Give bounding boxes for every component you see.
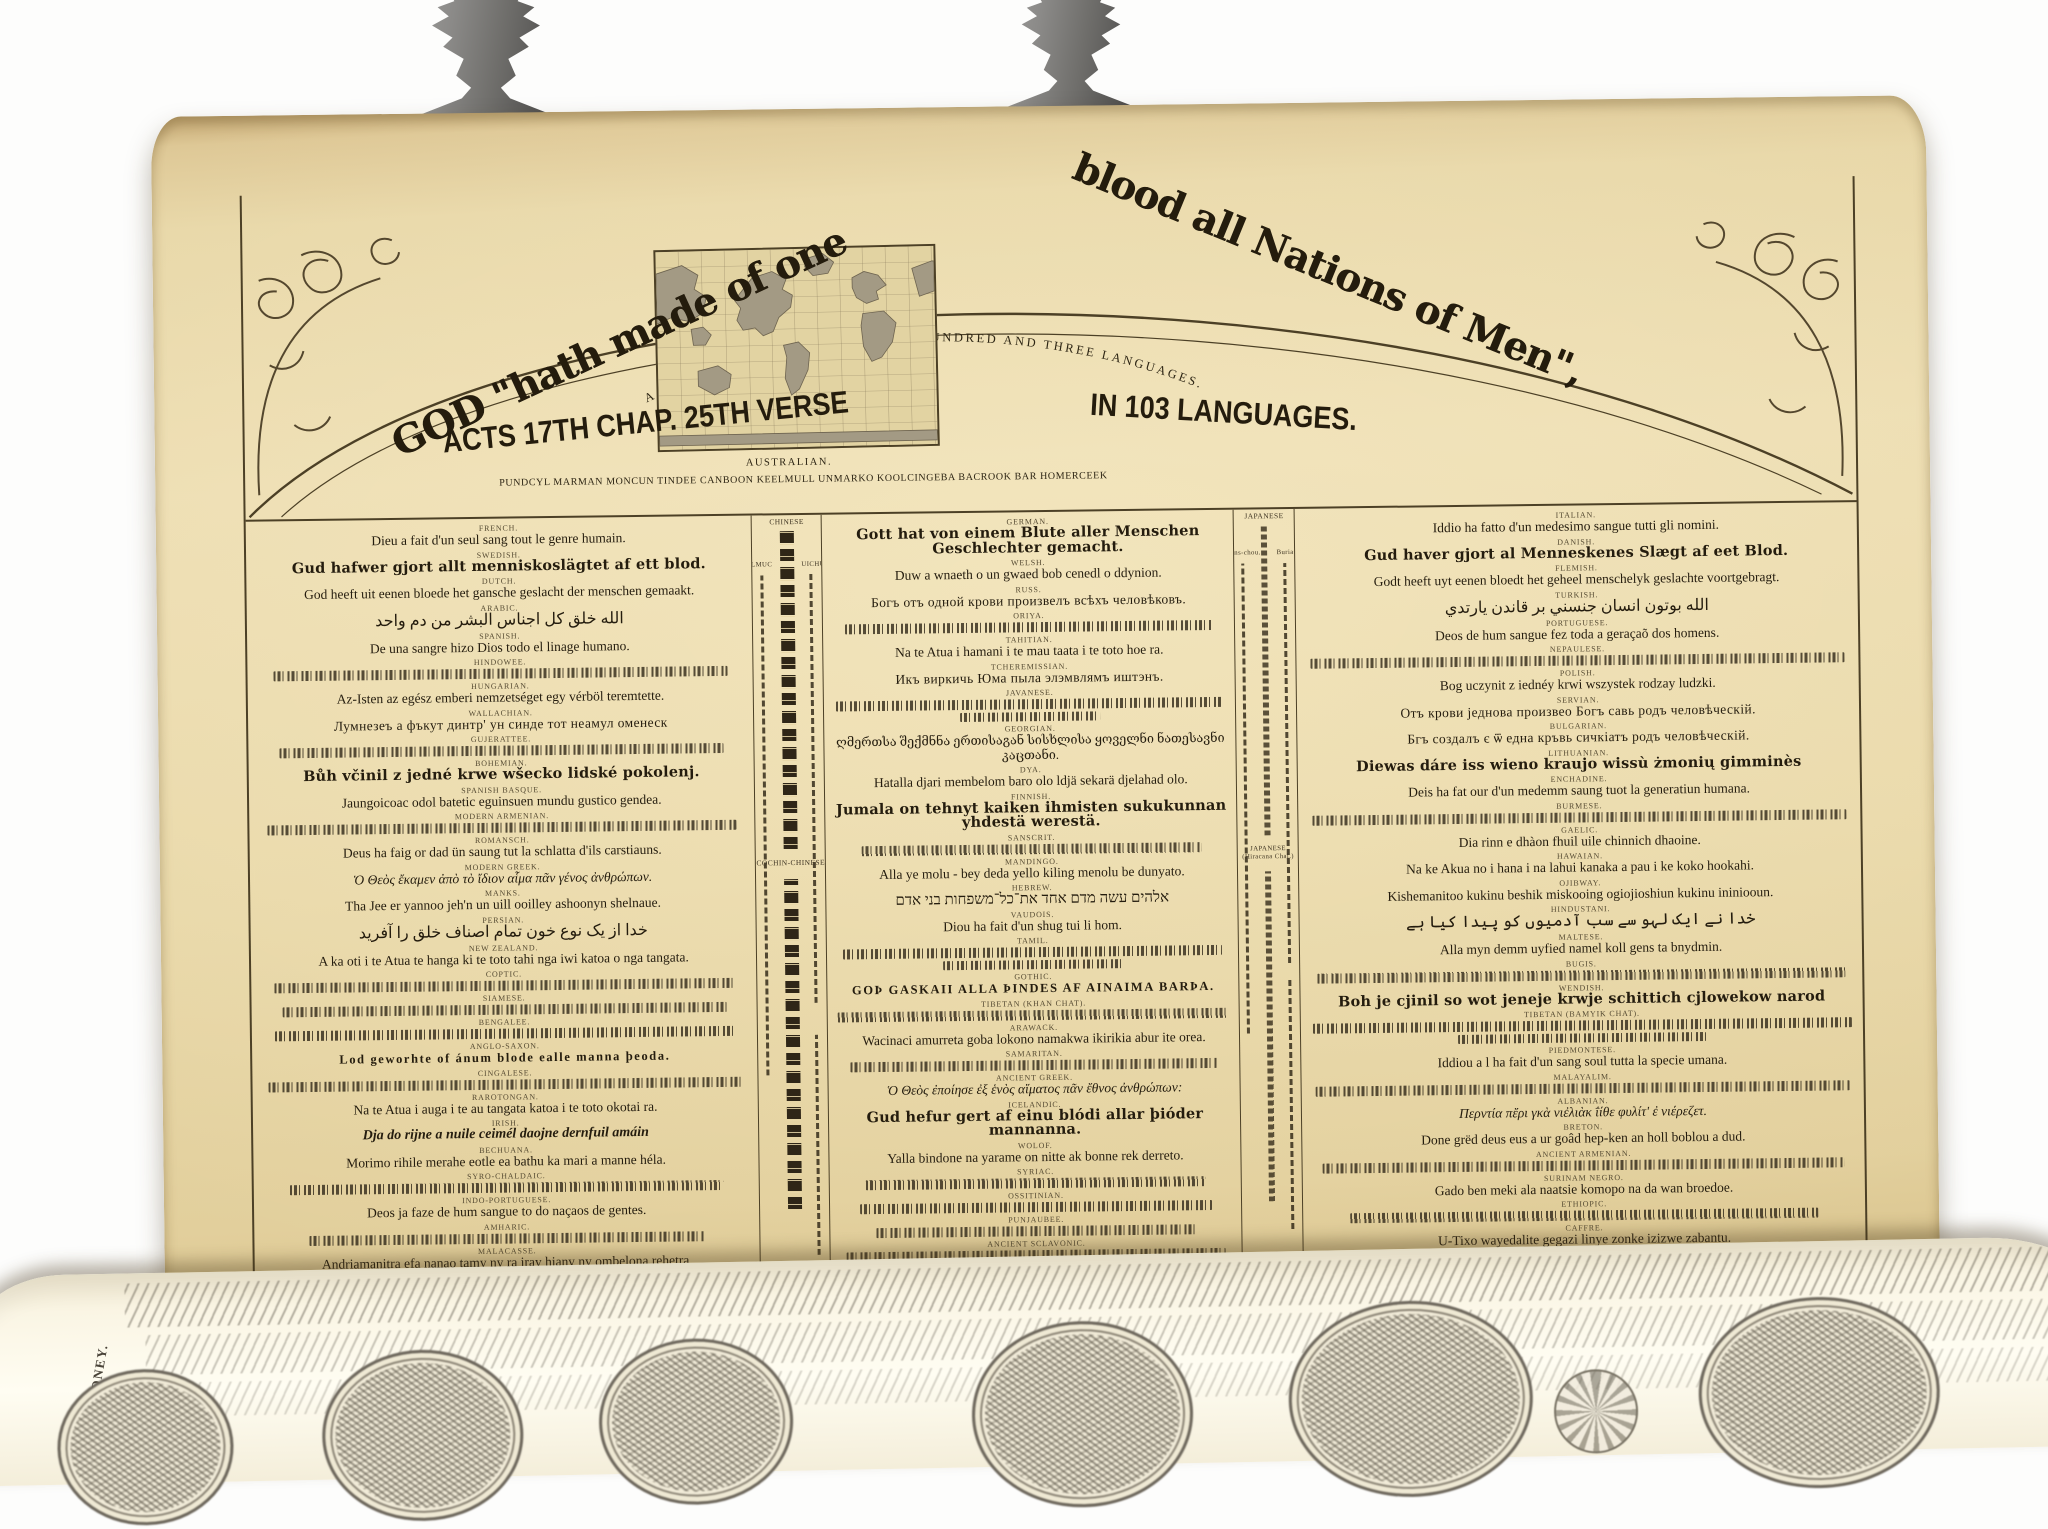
language-entry: MALAYALIM. <box>1308 1069 1858 1097</box>
language-entry: COPTIC. <box>257 967 751 994</box>
language-entry: MANKS.Tha Jee er yannoo jeh'n un uill oo… <box>256 886 750 916</box>
language-entry: HAWAIAN.Na ke Akua no i hana i na lahui … <box>1305 848 1855 878</box>
exotic-script-line <box>845 620 1212 634</box>
verse-text: Gott hat von einem Blute aller Menschen … <box>828 524 1227 558</box>
exotic-script-line <box>862 842 1201 856</box>
language-entry: NEPAULESE. <box>1302 641 1852 669</box>
language-entry: RAROTONGAN.Na te Atua i auga i te au tan… <box>259 1089 753 1119</box>
exotic-script-line <box>851 1058 1218 1072</box>
printed-frame: A PASSAGE OF SCRIPTURE IN ONE HUNDRED AN… <box>240 176 1868 1297</box>
language-entry: ANGLO-SAXON.Lod geworhte of ánum blode e… <box>258 1039 752 1069</box>
language-entry: INDO-PORTUGUESE.Deos ja faze de hum sang… <box>260 1193 754 1223</box>
exotic-script-line <box>310 1231 705 1246</box>
language-entry: GEORGIAN.ღმერთსა შექმნნა ერთისაგან სისხლ… <box>831 722 1230 765</box>
language-entry: BECHUANA.Morimo rihile merahe eotle ea b… <box>259 1142 753 1172</box>
language-entry: HINDUSTANI.خدا نے ايک لہو سے سب آدميوں ک… <box>1306 901 1856 933</box>
language-entry: BRETON.Done grëd deus eus a ur goâd hep-… <box>1308 1119 1858 1149</box>
language-entry: GOTHIC.GOÞ GASKAII ALLA ÞINDES AF AINAIM… <box>834 970 1233 998</box>
strip2-top-label: JAPANESE <box>1234 512 1294 521</box>
language-entry: MODERN GREEK.Ὁ Θεὸς ἔκαμεν ἀπὸ τὸ ἴδιον … <box>256 859 750 889</box>
language-entry: DUTCH.God heeft uit eenen bloede het gan… <box>252 574 746 604</box>
language-entry: ANCIENT ARMENIAN. <box>1309 1146 1859 1174</box>
calmuc-script-column <box>761 575 770 1075</box>
language-entry: MANDINGO.Alla ye molu - bey deda yello k… <box>832 854 1231 882</box>
exotic-script-line <box>860 1200 1211 1214</box>
exotic-script-line <box>843 945 1222 960</box>
chinese-script-column <box>780 531 798 849</box>
language-entry: JAVANESE. <box>830 686 1229 724</box>
language-entry: WALLACHIAN.Лумнезеъ а фъкут динтр' ун си… <box>254 705 748 735</box>
strip2-mid-label: JAPANESE (Hiracana Chal.) <box>1238 845 1298 862</box>
language-entry: ORIYA. <box>829 609 1228 635</box>
language-entry: MALTESE.Alla myn demm uyfied namel koll … <box>1306 929 1856 959</box>
language-entry: SPANISH BASQUE.Jaungoicoac odol batetic … <box>255 782 749 812</box>
language-entry: TURKISH.الله بوتون انسان جنسني بر قاندن … <box>1302 587 1852 619</box>
language-entry: ENCHADINE.Deis ha fat our d'un medemm sa… <box>1304 771 1854 801</box>
language-entry: AMHARIC. <box>260 1219 754 1246</box>
exotic-script-line <box>866 1176 1205 1190</box>
language-entry: GERMAN.Gott hat von einem Blute aller Me… <box>828 515 1227 558</box>
verse-text: Wacinaci amurreta goba lokono namakwa ik… <box>834 1029 1233 1048</box>
uichur-script-column <box>810 573 818 1003</box>
strip1-top-label: CHINESE <box>752 518 821 527</box>
column-right: ITALIAN.Iddio ha fatto d'un medesimo san… <box>1295 502 1866 1284</box>
verse-text: Ὁ Θεὸς ἐποίησε ἐξ ἑνὸς αἵματος πᾶν ἔθνος… <box>835 1080 1234 1099</box>
language-entry: BOHEMIAN.Bůh včinil z jedné krwe wšecko … <box>255 756 749 786</box>
language-entry: TAHITIAN.Na te Atua i hamani i te mau ta… <box>830 633 1229 661</box>
language-entry: LITHUANIAN.Diewas dáre iss wieno kraujo … <box>1304 745 1854 775</box>
buriat-script-column <box>1283 563 1291 963</box>
strip1-calmuc-label: CALMUC <box>751 561 777 569</box>
verse-text: Alla ye molu - bey deda yello kiling men… <box>832 863 1231 882</box>
language-entry: CINGALESE. <box>258 1065 752 1092</box>
language-entry: ARABIC.الله خلق كل اجناس البشر من دم واح… <box>253 600 747 631</box>
language-entry: SANSCRIT. <box>832 830 1231 856</box>
language-entry: FINNISH.Jumala on tehnyt kaiken ihmisten… <box>831 789 1230 832</box>
language-entry: RUSS.Богъ отъ одной крови произвелъ всѣх… <box>829 582 1228 610</box>
column-middle: GERMAN.Gott hat von einem Blute aller Me… <box>822 510 1242 1290</box>
language-entry: BURMESE. <box>1304 798 1854 826</box>
language-entry: VAUDOIS.Diou ha fait d'un shug tui li ho… <box>833 907 1232 935</box>
cochin-chinese-script-column <box>784 879 802 1209</box>
language-entry: TAMIL. <box>833 934 1232 972</box>
language-entry: ITALIAN.Iddio ha fatto d'un medesimo san… <box>1301 507 1851 537</box>
language-entry: ICELANDIC.Gud hefur gert af einu blódi a… <box>835 1097 1234 1140</box>
exotic-script-line <box>960 711 1100 722</box>
language-entry: SWEDISH.Gud hafwer gjort allt menniskosl… <box>252 547 746 577</box>
hiragana-script-column <box>1265 871 1275 1201</box>
column-left: FRENCH.Dieu a fait d'un seul sang tout l… <box>246 516 761 1297</box>
language-entry: HEBREW.אלהים עשה מדם אחד את־כל־משפחות בנ… <box>833 881 1232 909</box>
language-entry: ROMANSCH.Deus ha faig or dad ün saung tu… <box>256 833 750 863</box>
verse-text: Gud hefur gert af einu blódi allar þióde… <box>835 1106 1234 1140</box>
script-strip-chinese: CHINESE CALMUC UICHUR COCHIN-CHINESE <box>751 515 832 1291</box>
exotic-script-line <box>877 1224 1196 1238</box>
languages-body: FRENCH.Dieu a fait d'un seul sang tout l… <box>246 500 1866 1297</box>
language-entry: PIEDMONTESE.Iddiou a l ha fait d'un sang… <box>1307 1042 1857 1072</box>
verse-text: Yalla bindone na yarame on nitte ak bonn… <box>836 1147 1235 1166</box>
verse-text: Jumala on tehnyt kaiken ihmisten sukukun… <box>832 798 1231 832</box>
language-entry: TIBETAN (BAMYIK CHAT). <box>1307 1006 1857 1046</box>
language-entry: ETHIOPIC. <box>1309 1196 1859 1224</box>
language-entry: BUGIS. <box>1306 956 1856 984</box>
language-entry: FRENCH.Dieu a fait d'un seul sang tout l… <box>252 521 746 551</box>
language-entry: TCHEREMISSIAN.Икъ виркичь Юма пыла элэмв… <box>830 659 1229 687</box>
verse-text: Богъ отъ одной крови произвелъ всѣхъ чел… <box>829 591 1228 610</box>
language-entry: DANISH.Gud haver gjort al Menneskenes Sl… <box>1301 534 1851 564</box>
language-entry: OJIBWAY.Kishemanitoo kukinu beshik misko… <box>1305 875 1855 905</box>
language-entry: WOLOF.Yalla bindone na yarame on nitte a… <box>836 1138 1235 1166</box>
language-entry: MODERN ARMENIAN. <box>255 809 749 836</box>
language-entry: HINDOWEE. <box>253 655 747 682</box>
page-header: A PASSAGE OF SCRIPTURE IN ONE HUNDRED AN… <box>242 176 1857 520</box>
language-entry: ANCIENT GREEK.Ὁ Θεὸς ἐποίησε ἐξ ἑνὸς αἵμ… <box>835 1071 1234 1099</box>
strip1-extra-column <box>815 1035 821 1255</box>
language-entry: TIBETAN (KHAN CHAT). <box>834 996 1233 1022</box>
manchou-script-column <box>1242 564 1251 1034</box>
exotic-script-line <box>838 1007 1229 1022</box>
language-entry: NEW ZEALAND.A ka oti i te Atua te hanga … <box>257 940 751 970</box>
language-entry: PUNJAUBEE. <box>837 1213 1236 1239</box>
language-entry: ARAWACK.Wacinaci amurreta goba lokono na… <box>834 1020 1233 1048</box>
exotic-script-line <box>836 697 1223 712</box>
verse-text: Hatalla djari membelom baro olo ldjä sek… <box>831 772 1230 791</box>
language-entry: IRISH.Dja do rijne a nuile ceimél daojne… <box>259 1116 753 1146</box>
language-entry: DYA.Hatalla djari membelom baro olo ldjä… <box>831 763 1230 791</box>
strip2-manchou-label: Mans-chou. <box>1233 549 1265 558</box>
language-entry: WELSH.Duw a wnaeth o un gwaed bob cenedl… <box>829 556 1228 584</box>
script-strip-japanese: JAPANESE Mans-chou. Buriat JAPANESE (Hir… <box>1233 509 1304 1285</box>
language-entry: ALBANIAN.Περντία πἔρι γκὰ νιἐλιὰκ ΐίθε φ… <box>1308 1093 1858 1123</box>
scripture-page: A PASSAGE OF SCRIPTURE IN ONE HUNDRED AN… <box>151 95 1941 1324</box>
language-entry: PORTUGUESE.Deos de hum sangue fez toda a… <box>1302 615 1852 645</box>
language-entry: POLISH.Bog uczynit z iednéy krwi wszyste… <box>1303 665 1853 695</box>
exotic-script-line <box>1458 1032 1706 1044</box>
language-entry: SYRIAC. <box>836 1165 1235 1191</box>
language-entry: GAELIC.Dia rinn e dhàon fhuil uile chinn… <box>1305 822 1855 852</box>
strip1-mid-label: COCHIN-CHINESE <box>756 859 825 868</box>
language-entry: OSSITINIAN. <box>836 1189 1235 1215</box>
katakana-script-column <box>1261 525 1271 835</box>
language-entry: BULGARIAN.Бгъ создалъ є ѿ една кръвь сич… <box>1303 718 1853 748</box>
language-entry: BENGALEE. <box>258 1015 752 1042</box>
coin-engraving <box>56 1368 235 1437</box>
language-entry: SAMARITAN. <box>835 1047 1234 1073</box>
language-entry: WENDISH.Boh je cjinil so wot jeneje krwj… <box>1307 980 1857 1010</box>
language-entry: SPANISH.De una sangre hizo Dios todo el … <box>253 628 747 658</box>
language-entry: GUJERATTEE. <box>254 732 748 759</box>
exotic-script-line <box>943 959 1123 970</box>
language-entry: SERVIAN.Отъ крови једнова произвео Богъ … <box>1303 692 1853 722</box>
language-entry: FLEMISH.Godt heeft uyt eenen bloedt het … <box>1301 560 1851 590</box>
language-entry: PERSIAN.خدا از يک نوع خون تمام اصناف خلق… <box>256 912 750 943</box>
language-entry: SYRO-CHALDAIC. <box>260 1169 754 1196</box>
language-entry: HUNGARIAN.Az-Isten az egész emberi nemze… <box>254 679 748 709</box>
language-entry: SURINAM NEGRO.Gado ben meki ala naatsie … <box>1309 1170 1859 1200</box>
language-entry: SIAMESE. <box>257 991 751 1018</box>
verse-text: ღმერთსა შექმნნა ერთისაგან სისხლისა ყოველ… <box>831 731 1230 765</box>
strip2-extra-column <box>1288 979 1294 1229</box>
